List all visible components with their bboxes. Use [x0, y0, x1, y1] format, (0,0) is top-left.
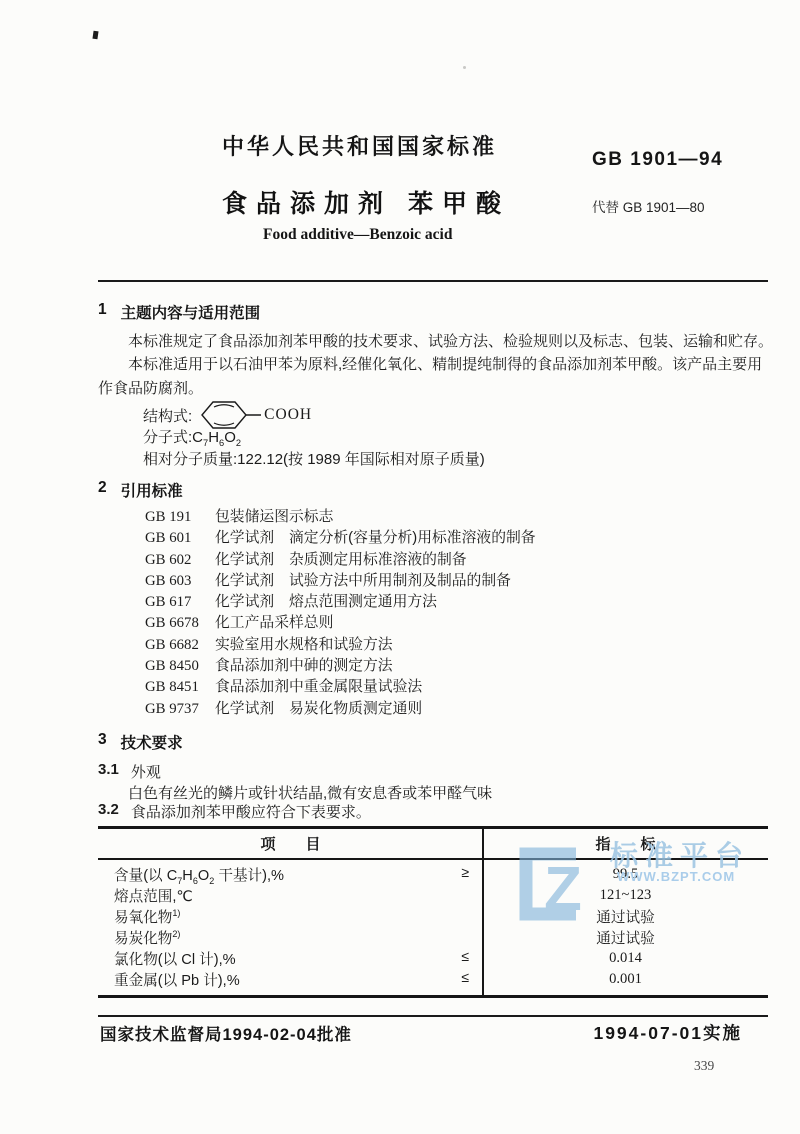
carboxyl-group-label: COOH — [264, 406, 312, 424]
table-cell-value: 通过试验 — [483, 906, 768, 927]
reference-code: GB 6678 — [145, 613, 215, 634]
reference-title: 化学试剂 试验方法中所用制剂及制品的制备 — [215, 571, 511, 592]
reference-item: GB 191包装储运图示标志 — [145, 507, 536, 528]
section32-number: 3.2 — [98, 801, 119, 822]
section32-heading: 3.2 食品添加剂苯甲酸应符合下表要求。 — [98, 801, 371, 822]
reference-code: GB 6682 — [145, 635, 215, 656]
replaces-note: 代替 GB 1901—80 — [592, 196, 705, 216]
relation-symbol: ≥ — [461, 864, 469, 880]
reference-code: GB 602 — [145, 550, 215, 571]
header-rule — [98, 280, 768, 282]
section1-heading: 1 主题内容与适用范围 — [98, 301, 260, 323]
table-row: 易炭化物2)通过试验 — [98, 927, 768, 948]
reference-item: GB 602化学试剂 杂质测定用标准溶液的制备 — [145, 550, 536, 571]
reference-title: 化学试剂 杂质测定用标准溶液的制备 — [215, 550, 467, 571]
approval-note: 国家技术监督局1994-02-04批准 — [100, 1021, 352, 1045]
english-title: Food additive—Benzoic acid — [263, 226, 452, 244]
requirements-table: 项 目 指 标 含量(以 C7H6O2 干基计),%≥99.5熔点范围,℃121… — [98, 826, 768, 998]
footer-rule — [98, 1015, 768, 1017]
reference-title: 化工产品采样总则 — [215, 613, 333, 634]
section31-title: 外观 — [131, 761, 161, 782]
reference-code: GB 191 — [145, 507, 215, 528]
section1-number: 1 — [98, 301, 107, 323]
document-title: 食品添加剂 苯甲酸 — [222, 184, 510, 220]
table-cell-item: 易炭化物2) — [98, 927, 483, 948]
reference-code: GB 601 — [145, 528, 215, 549]
table-cell-item: 熔点范围,℃ — [98, 885, 483, 906]
reference-item: GB 6682实验室用水规格和试验方法 — [145, 635, 536, 656]
section3-number: 3 — [98, 731, 107, 753]
molecular-formula: 分子式:C7H6O2 — [143, 426, 241, 448]
reference-item: GB 8450食品添加剂中砷的测定方法 — [145, 656, 536, 677]
reference-title: 实验室用水规格和试验方法 — [215, 635, 393, 656]
table-row: 含量(以 C7H6O2 干基计),%≥99.5 — [98, 864, 768, 885]
reference-title: 化学试剂 熔点范围测定通用方法 — [215, 592, 437, 613]
table-cell-item: 重金属(以 Pb 计),%≤ — [98, 969, 483, 990]
table-row: 熔点范围,℃121~123 — [98, 885, 768, 906]
scanned-standard-page: 中华人民共和国国家标准 GB 1901—94 食品添加剂 苯甲酸 代替 GB 1… — [0, 0, 800, 1134]
reference-item: GB 8451食品添加剂中重金属限量试验法 — [145, 677, 536, 698]
reference-title: 食品添加剂中砷的测定方法 — [215, 656, 393, 677]
molecular-mass: 相对分子质量:122.12(按 1989 年国际相对原子质量) — [143, 448, 485, 469]
reference-title: 食品添加剂中重金属限量试验法 — [215, 677, 422, 698]
section1-paragraph-2: 本标准适用于以石油甲苯为原料,经催化氧化、精制提纯制得的食品添加剂苯甲酸。该产品… — [98, 353, 774, 400]
standard-code: GB 1901—94 — [592, 149, 723, 171]
section31-heading: 3.1 外观 — [98, 761, 161, 782]
reference-item: GB 603化学试剂 试验方法中所用制剂及制品的制备 — [145, 571, 536, 592]
section3-title: 技术要求 — [121, 731, 183, 753]
reference-title: 化学试剂 滴定分析(容量分析)用标准溶液的制备 — [215, 528, 536, 549]
section2-number: 2 — [98, 479, 107, 501]
reference-title: 化学试剂 易炭化物质测定通则 — [215, 699, 422, 720]
section2-heading: 2 引用标准 — [98, 479, 183, 501]
table-header-item: 项 目 — [98, 833, 483, 854]
table-cell-value: 0.001 — [483, 971, 768, 988]
national-standard-title: 中华人民共和国国家标准 — [222, 130, 497, 161]
scan-speck — [463, 66, 466, 69]
table-row: 氯化物(以 Cl 计),%≤0.014 — [98, 948, 768, 969]
table-cell-item: 易氧化物1) — [98, 906, 483, 927]
table-body: 含量(以 C7H6O2 干基计),%≥99.5熔点范围,℃121~123易氧化物… — [98, 860, 768, 995]
table-header-spec: 指 标 — [483, 833, 768, 854]
section3-heading: 3 技术要求 — [98, 731, 183, 753]
reference-item: GB 617化学试剂 熔点范围测定通用方法 — [145, 592, 536, 613]
relation-symbol: ≤ — [461, 969, 469, 985]
table-row: 易氧化物1)通过试验 — [98, 906, 768, 927]
reference-code: GB 9737 — [145, 699, 215, 720]
reference-code: GB 603 — [145, 571, 215, 592]
table-header-row: 项 目 指 标 — [98, 829, 768, 860]
section32-text: 食品添加剂苯甲酸应符合下表要求。 — [131, 801, 371, 822]
table-cell-item: 氯化物(以 Cl 计),%≤ — [98, 948, 483, 969]
section2-title: 引用标准 — [121, 479, 183, 501]
reference-title: 包装储运图示标志 — [215, 507, 333, 528]
reference-item: GB 6678化工产品采样总则 — [145, 613, 536, 634]
page-number: 339 — [694, 1058, 714, 1074]
appearance-description: 白色有丝光的鳞片或针状结晶,微有安息香或苯甲醛气味 — [128, 782, 492, 803]
section31-number: 3.1 — [98, 761, 119, 782]
reference-code: GB 8450 — [145, 656, 215, 677]
scan-speck — [92, 31, 98, 40]
relation-symbol: ≤ — [461, 948, 469, 964]
table-cell-value: 通过试验 — [483, 927, 768, 948]
reference-code: GB 8451 — [145, 677, 215, 698]
reference-code: GB 617 — [145, 592, 215, 613]
structural-formula-label: 结构式: — [143, 405, 192, 426]
table-cell-value: 0.014 — [483, 950, 768, 967]
reference-item: GB 9737化学试剂 易炭化物质测定通则 — [145, 699, 536, 720]
table-cell-value: 121~123 — [483, 887, 768, 904]
section1-title: 主题内容与适用范围 — [121, 301, 261, 323]
reference-list: GB 191包装储运图示标志GB 601化学试剂 滴定分析(容量分析)用标准溶液… — [145, 507, 536, 720]
section1-paragraph-1: 本标准规定了食品添加剂苯甲酸的技术要求、试验方法、检验规则以及标志、包装、运输和… — [98, 330, 774, 354]
table-cell-value: 99.5 — [483, 866, 768, 883]
table-row: 重金属(以 Pb 计),%≤0.001 — [98, 969, 768, 990]
reference-item: GB 601化学试剂 滴定分析(容量分析)用标准溶液的制备 — [145, 528, 536, 549]
table-cell-item: 含量(以 C7H6O2 干基计),%≥ — [98, 864, 483, 886]
implementation-note: 1994-07-01实施 — [560, 1020, 742, 1045]
